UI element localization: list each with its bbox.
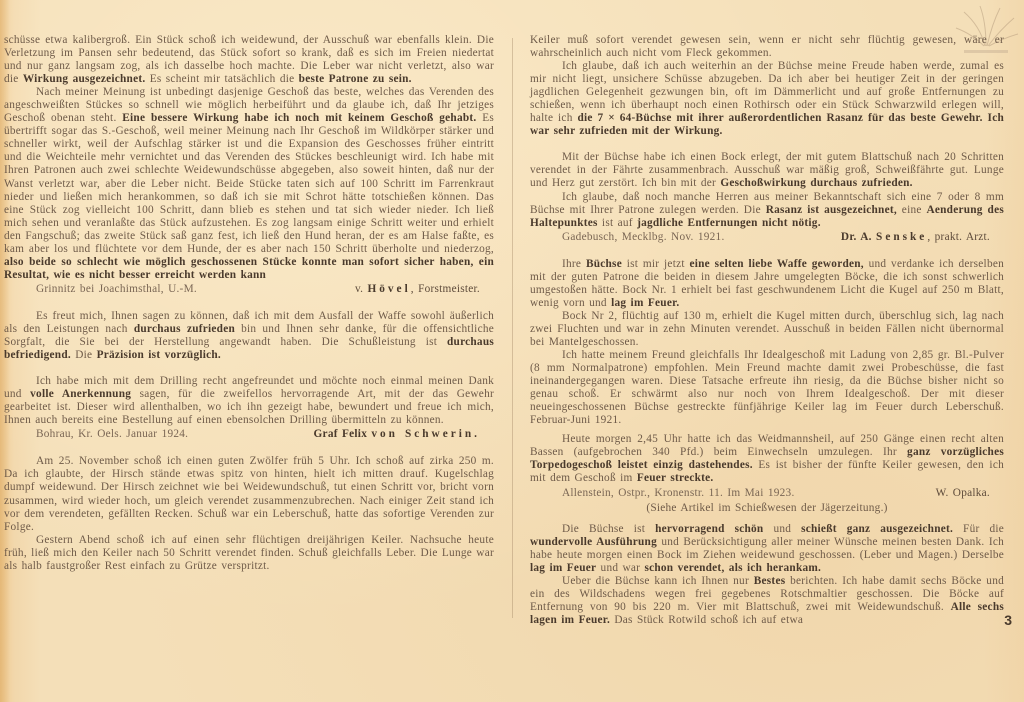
- signature-place: Grinnitz bei Joachimsthal, U.-M.: [36, 283, 197, 296]
- testimonial-paragraph: Heute morgen 2,45 Uhr hatte ich das Weid…: [530, 433, 1004, 485]
- testimonial-paragraph: Ueber die Büchse kann ich Ihnen nur Best…: [530, 575, 1004, 627]
- testimonial-paragraph: Es freut mich, Ihnen sagen zu können, da…: [4, 310, 494, 362]
- left-column: schüsse etwa kalibergroß. Ein Stück scho…: [4, 34, 494, 573]
- testimonial-signature: Gadebusch, Mecklbg. Nov. 1921. Dr. A. Se…: [530, 231, 1004, 244]
- testimonial-signature: Grinnitz bei Joachimsthal, U.-M. v. Höve…: [4, 283, 494, 296]
- testimonial-paragraph: Nach meiner Meinung ist unbedingt dasjen…: [4, 86, 494, 282]
- testimonial-paragraph: Ich habe mich mit dem Drilling recht ang…: [4, 375, 494, 427]
- testimonial-paragraph: Ich hatte meinem Freund gleichfalls Ihr …: [530, 349, 1004, 427]
- testimonial-signature: Bohrau, Kr. Oels. Januar 1924. Graf Feli…: [4, 428, 494, 441]
- scanned-page: schüsse etwa kalibergroß. Ein Stück scho…: [0, 0, 1024, 702]
- signature-place: Allenstein, Ostpr., Kronenstr. 11. Im Ma…: [562, 487, 795, 500]
- article-reference-note: (Siehe Artikel im Schießwesen der Jägerz…: [530, 502, 1004, 515]
- testimonial-paragraph: Keiler muß sofort verendet gewesen sein,…: [530, 34, 1004, 60]
- testimonial-paragraph: schüsse etwa kalibergroß. Ein Stück scho…: [4, 34, 494, 86]
- signature-name: Dr. A. Senske, prakt. Arzt.: [841, 231, 990, 244]
- column-divider: [512, 38, 513, 618]
- signature-name: v. Hövel, Forstmeister.: [355, 283, 480, 296]
- testimonial-paragraph: Mit der Büchse habe ich einen Bock erleg…: [530, 151, 1004, 190]
- signature-place: Bohrau, Kr. Oels. Januar 1924.: [36, 428, 188, 441]
- testimonial-paragraph: Bock Nr 2, flüchtig auf 130 m, erhielt d…: [530, 310, 1004, 349]
- testimonial-signature: Allenstein, Ostpr., Kronenstr. 11. Im Ma…: [530, 487, 1004, 500]
- testimonial-paragraph: Ich glaube, daß noch manche Herren aus m…: [530, 191, 1004, 230]
- page-number: 3: [1004, 612, 1012, 628]
- testimonial-paragraph: Ihre Büchse ist mir jetzt eine selten li…: [530, 258, 1004, 310]
- testimonial-paragraph: Ich glaube, daß ich auch weiterhin an de…: [530, 60, 1004, 138]
- right-column: Keiler muß sofort verendet gewesen sein,…: [530, 34, 1004, 627]
- signature-place: Gadebusch, Mecklbg. Nov. 1921.: [562, 231, 725, 244]
- testimonial-paragraph: Die Büchse ist hervorragend schön und sc…: [530, 523, 1004, 575]
- signature-name: Graf Felix von Schwerin.: [314, 428, 480, 441]
- testimonial-paragraph: Am 25. November schoß ich einen guten Zw…: [4, 455, 494, 533]
- testimonial-paragraph: Gestern Abend schoß ich auf einen sehr f…: [4, 534, 494, 573]
- signature-name: W. Opalka.: [936, 487, 990, 500]
